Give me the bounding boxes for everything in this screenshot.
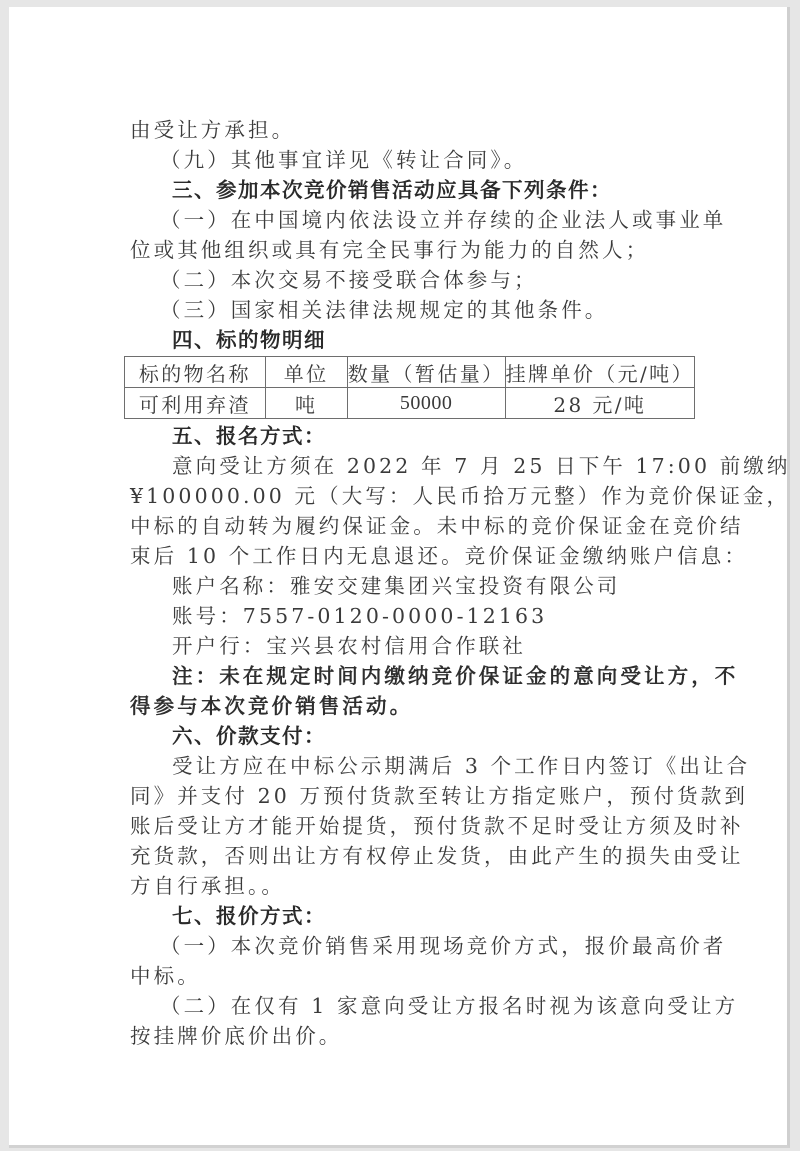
header-item-name: 标的物名称 — [125, 357, 266, 388]
cell-unit-price: 28 元/吨 — [505, 388, 694, 419]
cell-unit: 吨 — [265, 388, 347, 419]
item-details-table: 标的物名称 单位 数量（暂估量） 挂牌单价（元/吨） 可利用弃渣 吨 50000… — [124, 356, 695, 419]
section-3-heading: 三、参加本次竞价销售活动应具备下列条件： — [130, 175, 696, 205]
document-page: 由受让方承担。 （九）其他事宜详见《转让合同》。 三、参加本次竞价销售活动应具备… — [9, 7, 790, 1148]
section-5-paragraph-line: 意向受让方须在 2022 年 7 月 25 日下午 17:00 前缴纳 — [130, 451, 696, 481]
cell-item-name: 可利用弃渣 — [125, 388, 266, 419]
section-6-paragraph-line: 充货款，否则出让方有权停止发货，由此产生的损失由受让 — [130, 841, 696, 871]
account-number: 账号：7557-0120-0000-12163 — [130, 601, 696, 631]
table-row: 可利用弃渣 吨 50000 28 元/吨 — [125, 388, 695, 419]
section-4-heading: 四、标的物明细 — [130, 325, 696, 355]
section-6-paragraph-line: 受让方应在中标公示期满后 3 个工作日内签订《出让合 — [130, 751, 696, 781]
deposit-note: 注：未在规定时间内缴纳竞价保证金的意向受让方，不 — [130, 661, 696, 691]
section-7-item-2-cont: 按挂牌价底价出价。 — [130, 1021, 696, 1051]
account-name: 账户名称：雅安交建集团兴宝投资有限公司 — [130, 571, 696, 601]
section-6-paragraph-line: 同》并支付 20 万预付货款至转让方指定账户，预付货款到 — [130, 781, 696, 811]
header-quantity: 数量（暂估量） — [347, 357, 505, 388]
section-7-item-1: （一）本次竞价销售采用现场竞价方式，报价最高价者 — [130, 931, 696, 961]
section-6-paragraph-line: 账后受让方才能开始提货，预付货款不足时受让方须及时补 — [130, 811, 696, 841]
section-7-heading: 七、报价方式： — [130, 901, 696, 931]
deposit-note-cont: 得参与本次竞价销售活动。 — [130, 691, 696, 721]
table-header-row: 标的物名称 单位 数量（暂估量） 挂牌单价（元/吨） — [125, 357, 695, 388]
section-3-item-1-cont: 位或其他组织或具有完全民事行为能力的自然人； — [130, 235, 696, 265]
header-unit: 单位 — [265, 357, 347, 388]
text-line: 由受让方承担。 — [130, 115, 696, 145]
section-5-heading: 五、报名方式： — [130, 421, 696, 451]
section-7-item-1-cont: 中标。 — [130, 961, 696, 991]
section-5-paragraph-line: ¥100000.00 元（大写：人民币拾万元整）作为竞价保证金， — [130, 481, 696, 511]
section-6-heading: 六、价款支付： — [130, 721, 696, 751]
header-unit-price: 挂牌单价（元/吨） — [505, 357, 694, 388]
cell-quantity: 50000 — [347, 388, 505, 419]
section-3-item-2: （二）本次交易不接受联合体参与； — [130, 265, 696, 295]
clause-nine: （九）其他事宜详见《转让合同》。 — [130, 145, 696, 175]
document-body: 由受让方承担。 （九）其他事宜详见《转让合同》。 三、参加本次竞价销售活动应具备… — [130, 115, 696, 1051]
section-6-paragraph-line: 方自行承担。。 — [130, 871, 696, 901]
section-5-paragraph-line: 中标的自动转为履约保证金。未中标的竞价保证金在竞价结 — [130, 511, 696, 541]
section-3-item-3: （三）国家相关法律法规规定的其他条件。 — [130, 295, 696, 325]
section-3-item-1: （一）在中国境内依法设立并存续的企业法人或事业单 — [130, 205, 696, 235]
bank-name: 开户行：宝兴县农村信用合作联社 — [130, 631, 696, 661]
section-7-item-2: （二）在仅有 1 家意向受让方报名时视为该意向受让方 — [130, 991, 696, 1021]
section-5-paragraph-line: 束后 10 个工作日内无息退还。竞价保证金缴纳账户信息： — [130, 541, 696, 571]
